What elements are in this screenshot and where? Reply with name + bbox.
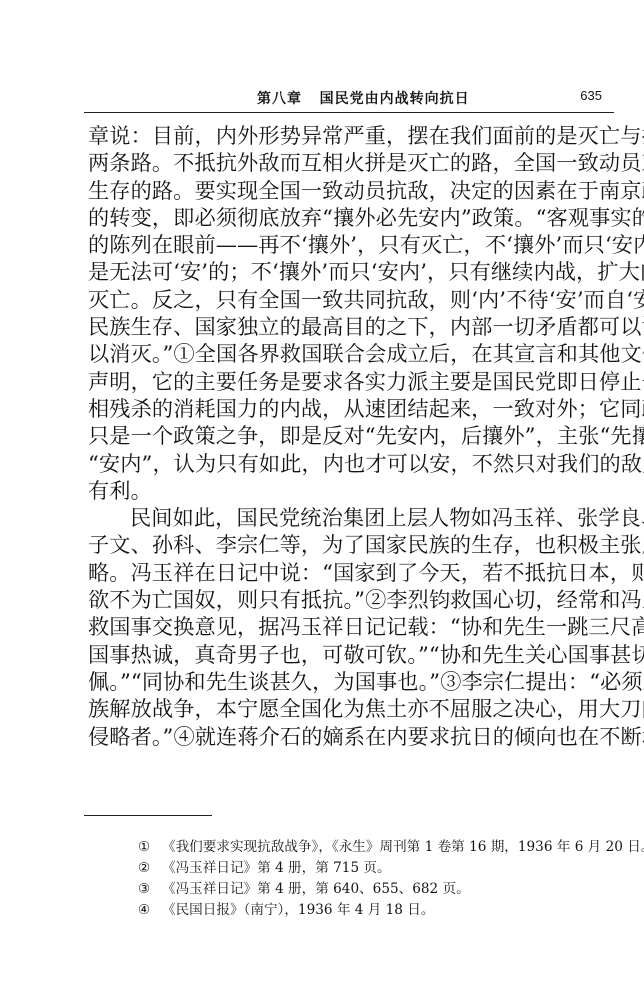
body-line: 有利。: [88, 477, 614, 504]
body-line: 相残杀的消耗国力的内战，从速团结起来，一致对外；它同政府之间，: [88, 395, 614, 422]
header-rule: [84, 112, 614, 113]
body-line: 的转变，即必须彻底放弃“攘外必先安内”政策。“客观事实的教训明显: [88, 204, 614, 231]
footnote-item: ④《民国日报》（南宁），1936 年 4 月 18 日。: [138, 900, 618, 921]
footnote-rule: [84, 815, 212, 816]
body-text: 章说：目前，内外形势异常严重，摆在我们面前的是灭亡与抗敌求存的两条路。不抵抗外敌…: [88, 122, 614, 750]
footnote-marker: ①: [138, 837, 162, 858]
body-line: 欲不为亡国奴，则只有抵抗。”②李烈钧救国心切，经常和冯玉祥就抗日: [88, 586, 614, 613]
body-line: 两条路。不抵抗外敌而互相火拼是灭亡的路，全国一致动员对敌才是: [88, 149, 614, 176]
body-line: 声明，它的主要任务是要求各实力派主要是国民党即日停止一切自: [88, 368, 614, 395]
body-line: 以消灭。”①全国各界救国联合会成立后，在其宣言和其他文件中一再: [88, 340, 614, 367]
body-line: 章说：目前，内外形势异常严重，摆在我们面前的是灭亡与抗敌求存的: [88, 122, 614, 149]
body-line: 民族生存、国家独立的最高目的之下，内部一切矛盾都可以调和，都可: [88, 313, 614, 340]
footnote-text: 《冯玉祥日记》第 4 册，第 640、655、682 页。: [162, 881, 470, 897]
footnote-text: 《民国日报》（南宁），1936 年 4 月 18 日。: [162, 902, 434, 918]
footnote-marker: ②: [138, 858, 162, 879]
footnote-item: ①《我们要求实现抗敌战争》，《永生》周刊第 1 卷第 16 期，1936 年 6…: [138, 837, 618, 858]
chapter-title: 第八章 国民党由内战转向抗日: [257, 88, 470, 108]
body-line: 只是一个政策之争，即是反对“先安内，后攘外”，主张“先攘外”，而后: [88, 422, 614, 449]
body-line: “安内”，认为只有如此，内也才可以安，不然只对我们的敌人日本: [88, 450, 614, 477]
body-line: 国事热诚，真奇男子也，可敬可钦。”“协和先生关心国事甚切，极为敬: [88, 641, 614, 668]
footnote-text: 《我们要求实现抗敌战争》，《永生》周刊第 1 卷第 16 期，1936 年 6 …: [162, 839, 644, 855]
footnote-marker: ④: [138, 900, 162, 921]
body-line: 生存的路。要实现全国一致动员抗敌，决定的因素在于南京政府政策: [88, 177, 614, 204]
body-line: 救国事交换意见，据冯玉祥日记记载：“协和先生一跳三尺高，好几次为: [88, 613, 614, 640]
body-line: 是无法可‘安’的；不‘攘外’而只‘安内’，只有继续内战，扩大内战，加速: [88, 258, 614, 285]
body-line: 略。冯玉祥在日记中说：“国家到了今天，若不抵抗日本，则一定亡国；: [88, 559, 614, 586]
page-number: 635: [580, 88, 602, 103]
body-line: 族解放战争，本宁愿全国化为焦土亦不屈服之决心，用大刀阔斧来答复: [88, 695, 614, 722]
footnote-item: ②《冯玉祥日记》第 4 册，第 715 页。: [138, 858, 618, 879]
body-line: 的陈列在眼前——再不‘攘外’，只有灭亡，不‘攘外’而只‘安内’，‘内’: [88, 231, 614, 258]
footnote-marker: ③: [138, 879, 162, 900]
footnote-item: ③《冯玉祥日记》第 4 册，第 640、655、682 页。: [138, 879, 618, 900]
footnotes: ①《我们要求实现抗敌战争》，《永生》周刊第 1 卷第 16 期，1936 年 6…: [138, 837, 618, 921]
body-line: 灭亡。反之，只有全国一致共同抗敌，则‘内’不待‘安’而自‘安’。在为: [88, 286, 614, 313]
footnote-text: 《冯玉祥日记》第 4 册，第 715 页。: [162, 860, 391, 876]
body-line: 佩。”“同协和先生谈甚久，为国事也。”③李宗仁提出：“必须发动整个民: [88, 668, 614, 695]
running-header: 第八章 国民党由内战转向抗日 635: [84, 88, 612, 106]
body-line: 侵略者。”④就连蒋介石的嫡系在内要求抗日的倾向也在不断增长，如: [88, 723, 614, 750]
body-line: 民间如此，国民党统治集团上层人物如冯玉祥、张学良、杨虎城、宋: [88, 504, 614, 531]
body-line: 子文、孙科、李宗仁等，为了国家民族的生存，也积极主张反抗日本的侵: [88, 531, 614, 558]
